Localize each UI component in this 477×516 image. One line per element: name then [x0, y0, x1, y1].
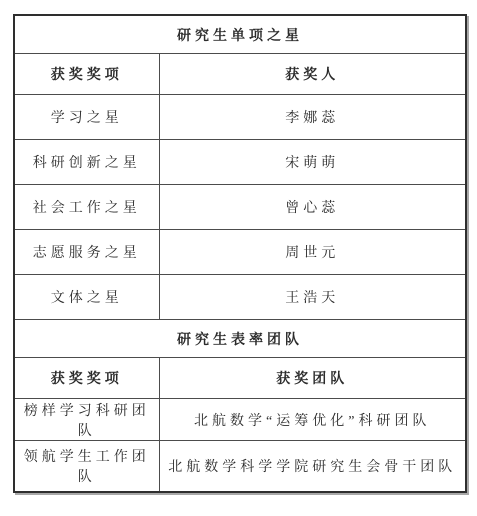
award-table: 研究生单项之星 获奖奖项 获奖人 学习之星 李娜蕊 科研创新之星 宋萌萌 社会工…	[13, 14, 467, 493]
award-cell: 榜样学习科研团队	[14, 399, 159, 441]
table-row: 社会工作之星 曾心蕊	[14, 185, 466, 230]
table-row: 科研创新之星 宋萌萌	[14, 140, 466, 185]
stars-header-winner: 获奖人	[159, 54, 466, 95]
teams-title-row: 研究生表率团队	[14, 320, 466, 358]
award-cell: 科研创新之星	[14, 140, 159, 185]
teams-header-award: 获奖奖项	[14, 358, 159, 399]
table-row: 文体之星 王浩天	[14, 275, 466, 320]
award-cell: 社会工作之星	[14, 185, 159, 230]
team-cell: 北航数学科学学院研究生会骨干团队	[159, 441, 466, 493]
table-row: 榜样学习科研团队 北航数学“运筹优化”科研团队	[14, 399, 466, 441]
stars-title-row: 研究生单项之星	[14, 15, 466, 54]
stars-section-title: 研究生单项之星	[14, 15, 466, 54]
award-cell: 学习之星	[14, 95, 159, 140]
table-row: 志愿服务之星 周世元	[14, 230, 466, 275]
winner-cell: 李娜蕊	[159, 95, 466, 140]
table-row: 学习之星 李娜蕊	[14, 95, 466, 140]
table-row: 领航学生工作团队 北航数学科学学院研究生会骨干团队	[14, 441, 466, 493]
winner-cell: 周世元	[159, 230, 466, 275]
award-cell: 文体之星	[14, 275, 159, 320]
winner-cell: 曾心蕊	[159, 185, 466, 230]
teams-header-team: 获奖团队	[159, 358, 466, 399]
document-page: 研究生单项之星 获奖奖项 获奖人 学习之星 李娜蕊 科研创新之星 宋萌萌 社会工…	[0, 0, 477, 516]
award-cell: 志愿服务之星	[14, 230, 159, 275]
award-cell: 领航学生工作团队	[14, 441, 159, 493]
stars-header-row: 获奖奖项 获奖人	[14, 54, 466, 95]
teams-section-title: 研究生表率团队	[14, 320, 466, 358]
team-cell: 北航数学“运筹优化”科研团队	[159, 399, 466, 441]
stars-header-award: 获奖奖项	[14, 54, 159, 95]
winner-cell: 王浩天	[159, 275, 466, 320]
teams-header-row: 获奖奖项 获奖团队	[14, 358, 466, 399]
winner-cell: 宋萌萌	[159, 140, 466, 185]
